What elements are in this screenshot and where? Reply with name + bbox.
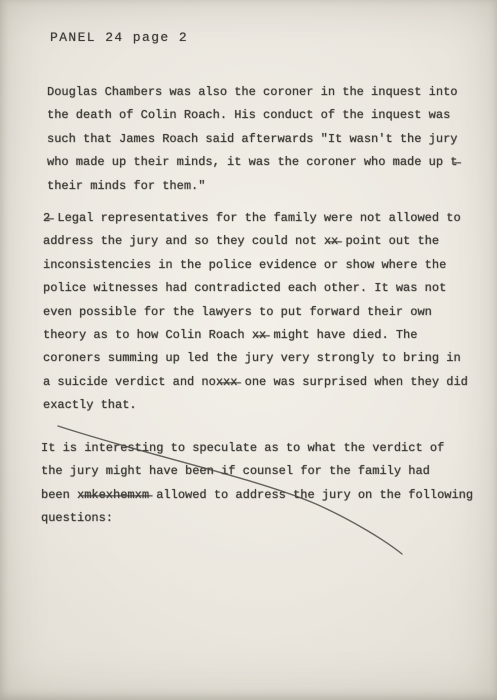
typewritten-page: PANEL 24 page 2 Douglas Chambers was als… — [0, 0, 497, 700]
page-header: PANEL 24 page 2 — [50, 30, 188, 45]
paragraph-coroner-inquest: Douglas Chambers was also the coroner in… — [47, 81, 457, 198]
paragraph-speculation-questions: It is interesting to speculate as to wha… — [41, 437, 473, 531]
paragraph-legal-representatives: 2̶ Legal representatives for the family … — [43, 207, 468, 418]
